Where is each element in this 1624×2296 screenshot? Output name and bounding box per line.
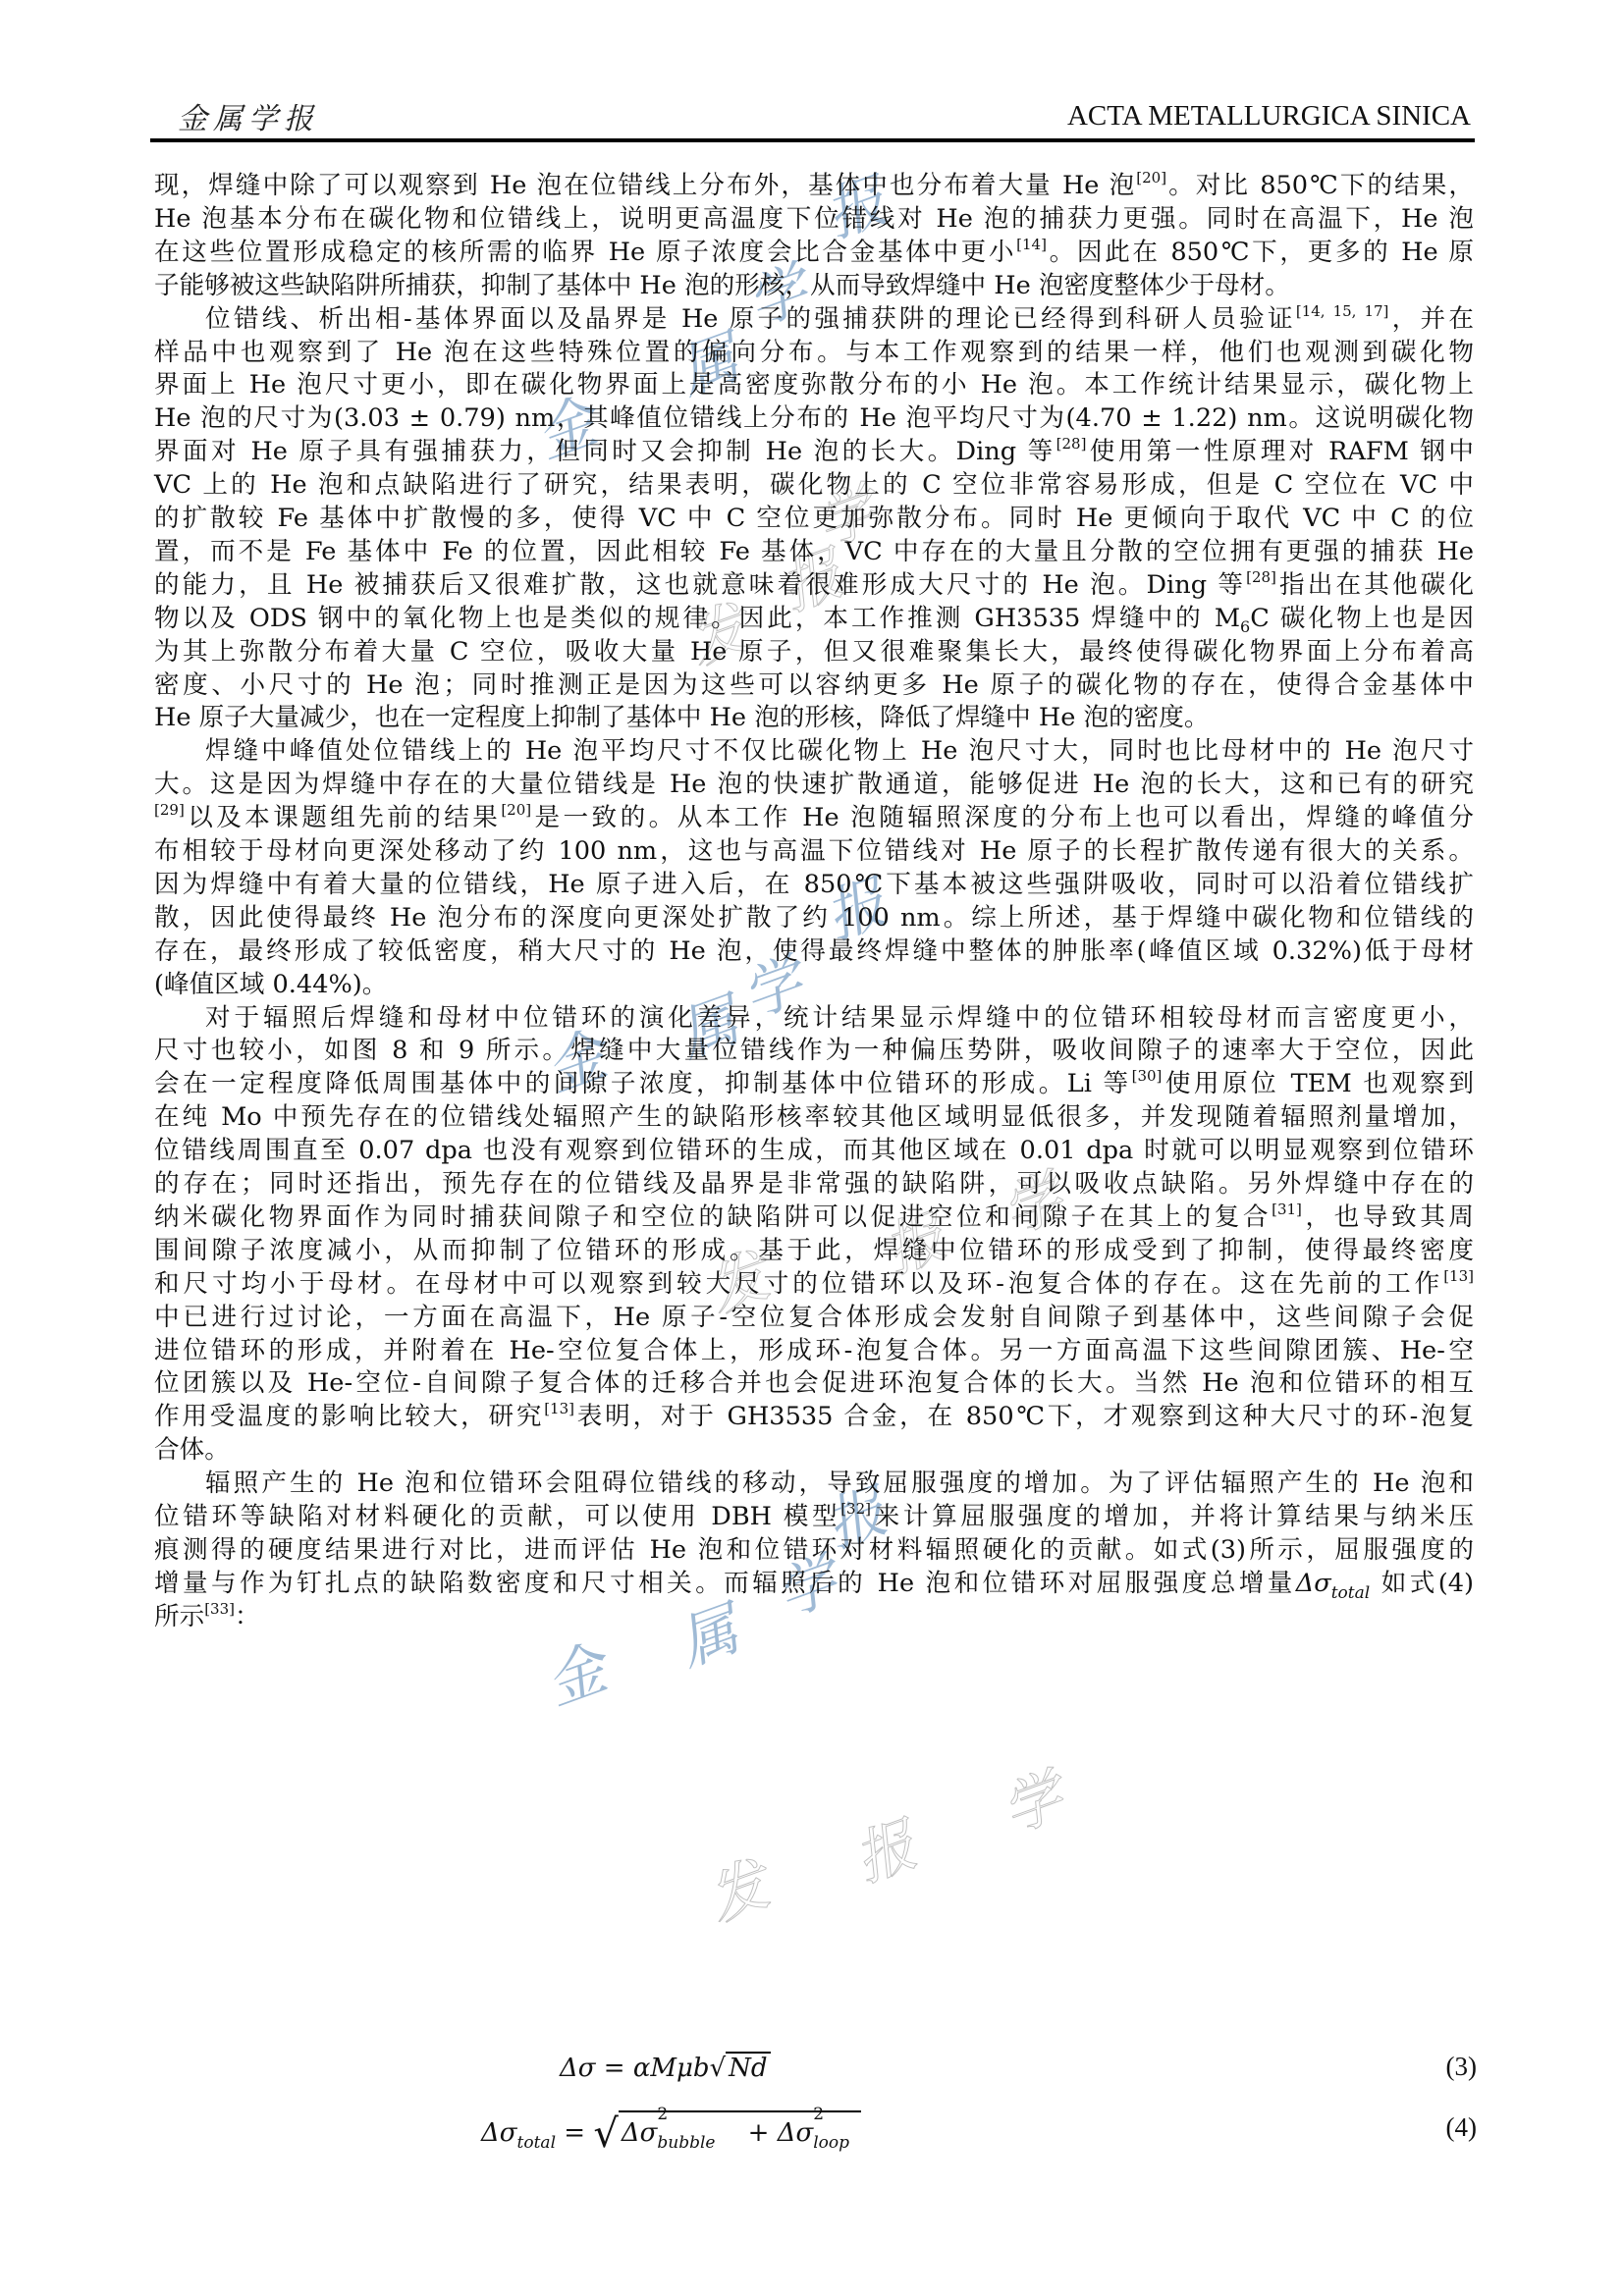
text-run: 是一致的。从本工作 He 泡随辐照深度的分布上也可以看出，焊缝的峰值分 — [531, 803, 1474, 832]
text-line: 在纯 Mo 中预先存在的位错线处辐照产生的缺陷形核率较其他区域明显低很多，并发现… — [154, 1100, 1474, 1134]
text-run: 指出在其他碳化 — [1276, 570, 1474, 600]
text-line: 存在，最终形成了较低密度，稍大尺寸的 He 泡，使得最终焊缝中整体的肿胀率(峰值… — [154, 934, 1474, 968]
text-run: 来计算屈服强度的增加，并将计算结果与纳米压 — [871, 1502, 1474, 1531]
text-run: ，并在 — [1388, 304, 1474, 334]
citation-ref: [31] — [1272, 1201, 1302, 1218]
text-line: 辐照产生的 He 泡和位错环会阻碍位错线的移动，导致屈服强度的增加。为了评估辐照… — [205, 1467, 1474, 1500]
text-line: 位错线周围直至 0.07 dpa 也没有观察到位错环的生成，而其他区域在 0.0… — [154, 1134, 1474, 1167]
text-line: He 泡基本分布在碳化物和位错线上，说明更高温度下位错线对 He 泡的捕获力更强… — [154, 202, 1474, 236]
text-run: 。对比 850℃下的结果， — [1166, 171, 1474, 200]
citation-ref: [20] — [501, 801, 531, 819]
text-run: 子能够被这些缺陷阱所捕获，抑制了基体中 He 泡的形核，从而导致焊缝中 He 泡… — [154, 271, 1290, 300]
text-line: 合体。 — [154, 1433, 1474, 1467]
text-run: C 碳化物上也是因 — [1250, 604, 1474, 633]
text-run: He 泡基本分布在碳化物和位错线上，说明更高温度下位错线对 He 泡的捕获力更强… — [154, 204, 1474, 234]
text-run: 物以及 ODS 钢中的氧化物上也是类似的规律。因此，本工作推测 GH3535 焊… — [154, 604, 1240, 633]
equation-number-4: (4) — [1446, 2112, 1477, 2143]
text-line: 会在一定程度降低周围基体中的间隙子浓度，抑制基体中位错环的形成。Li 等[30]… — [154, 1067, 1474, 1100]
text-run: He 泡的尺寸为(3.03 ± 0.79) nm，其峰值位错线上分布的 He 泡… — [154, 403, 1474, 433]
text-line: 现，焊缝中除了可以观察到 He 泡在位错线上分布外，基体中也分布着大量 He 泡… — [154, 169, 1474, 202]
text-run: 围间隙子浓度减小，从而抑制了位错环的形成。基于此，焊缝中位错环的形成受到了抑制，… — [154, 1236, 1474, 1265]
text-run: 位错环等缺陷对材料硬化的贡献，可以使用 DBH 模型 — [154, 1502, 840, 1531]
citation-ref: [33] — [204, 1600, 235, 1618]
text-run: 纳米碳化物界面作为同时捕获间隙子和空位的缺陷阱可以促进空位和间隙子在其上的复合 — [154, 1202, 1272, 1232]
text-run: 界面对 He 原子具有强捕获力，但同时又会抑制 He 泡的长大。Ding 等 — [154, 437, 1056, 466]
text-line: 的能力，且 He 被捕获后又很难扩散，这也就意味着很难形成大尺寸的 He 泡。D… — [154, 568, 1474, 602]
text-line: 在这些位置形成稳定的核所需的临界 He 原子浓度会比合金基体中更小[14]。因此… — [154, 236, 1474, 269]
text-line: 散，因此使得最终 He 泡分布的深度向更深处扩散了约 100 nm。综上所述，基… — [154, 901, 1474, 934]
eq4-term1-sub: bubble — [657, 2133, 715, 2153]
math-symbol: Δσ — [1296, 1569, 1331, 1598]
text-run: 样品中也观察到了 He 泡在这些特殊位置的偏向分布。与本工作观察到的结果一样，他… — [154, 338, 1474, 367]
eq4-equals: = — [564, 2118, 585, 2148]
citation-ref: [28] — [1056, 435, 1087, 453]
eq4-lhs: Δσ — [481, 2118, 517, 2148]
watermark-char: 报 — [841, 1798, 926, 1897]
text-run: 在这些位置形成稳定的核所需的临界 He 原子浓度会比合金基体中更小 — [154, 238, 1016, 267]
text-line: 因为焊缝中有着大量的位错线，He 原子进入后，在 850℃下基本被这些强阱吸收，… — [154, 868, 1474, 901]
text-line: 进位错环的形成，并附着在 He-空位复合体上，形成环-泡复合体。另一方面高温下这… — [154, 1334, 1474, 1367]
citation-ref: [32] — [840, 1500, 871, 1518]
text-run: 位错线周围直至 0.07 dpa 也没有观察到位错环的生成，而其他区域在 0.0… — [154, 1136, 1474, 1165]
eq4-term1-sup: 2 — [657, 2105, 668, 2124]
text-line: 样品中也观察到了 He 泡在这些特殊位置的偏向分布。与本工作观察到的结果一样，他… — [154, 336, 1474, 369]
text-line: 位团簇以及 He-空位-自间隙子复合体的迁移合并也会促进环泡复合体的长大。当然 … — [154, 1366, 1474, 1400]
text-line: 所示[33]： — [154, 1600, 1474, 1633]
journal-name-cn: 金属学报 — [178, 94, 319, 137]
text-line: (峰值区域 0.44%)。 — [154, 968, 1474, 1001]
text-run: 增量与作为钉扎点的缺陷数密度和尺寸相关。而辐照后的 He 泡和位错环对屈服强度总… — [154, 1569, 1296, 1598]
header-rule — [150, 138, 1475, 142]
text-line: 位错线、析出相-基体界面以及晶界是 He 原子的强捕获阱的理论已经得到科研人员验… — [205, 302, 1474, 336]
citation-ref: [13] — [544, 1400, 574, 1417]
text-line: 中已进行过讨论，一方面在高温下，He 原子-空位复合体形成会发射自间隙子到基体中… — [154, 1301, 1474, 1334]
watermark-char: 金 — [532, 1622, 617, 1721]
text-run: 在纯 Mo 中预先存在的位错线处辐照产生的缺陷形核率较其他区域明显低很多，并发现… — [154, 1102, 1474, 1132]
text-run: 辐照产生的 He 泡和位错环会阻碍位错线的移动，导致屈服强度的增加。为了评估辐照… — [205, 1468, 1474, 1498]
text-line: 尺寸也较小，如图 8 和 9 所示。焊缝中大量位错线作为一种偏压势阱，吸收间隙子… — [154, 1034, 1474, 1067]
text-line: 子能够被这些缺陷阱所捕获，抑制了基体中 He 泡的形核，从而导致焊缝中 He 泡… — [154, 269, 1474, 302]
citation-ref: [30] — [1132, 1067, 1163, 1085]
eq4-lhs-sub: total — [517, 2133, 556, 2153]
text-run: 痕测得的硬度结果进行对比，进而评估 He 泡和位错环对材料辐照硬化的贡献。如式(… — [154, 1535, 1474, 1565]
citation-ref: [13] — [1443, 1267, 1474, 1285]
equation-4: Δσtotal = √ Δσ2bubble + Δσ2loop — [481, 2110, 861, 2157]
text-run: 作用受温度的影响比较大，研究 — [154, 1402, 544, 1431]
text-run: 所示 — [154, 1602, 204, 1631]
text-run: ： — [235, 1602, 260, 1631]
text-run: 表明，对于 GH3535 合金，在 850℃下，才观察到这种大尺寸的环-泡复 — [574, 1402, 1474, 1431]
text-line: 置，而不是 Fe 基体中 Fe 的位置，因此相较 Fe 基体，VC 中存在的大量… — [154, 535, 1474, 568]
text-run: 的能力，且 He 被捕获后又很难扩散，这也就意味着很难形成大尺寸的 He 泡。D… — [154, 570, 1246, 600]
text-run: 密度、小尺寸的 He 泡；同时推测正是因为这些可以容纳更多 He 原子的碳化物的… — [154, 670, 1474, 700]
text-line: 大。这是因为焊缝中存在的大量位错线是 He 泡的快速扩散通道，能够促进 He 泡… — [154, 768, 1474, 801]
eq4-term1: Δσ — [622, 2118, 658, 2148]
text-line: 增量与作为钉扎点的缺陷数密度和尺寸相关。而辐照后的 He 泡和位错环对屈服强度总… — [154, 1567, 1474, 1600]
text-line: 界面对 He 原子具有强捕获力，但同时又会抑制 He 泡的长大。Ding 等[2… — [154, 435, 1474, 468]
text-line: VC 上的 He 泡和点缺陷进行了研究，结果表明，碳化物上的 C 空位非常容易形… — [154, 468, 1474, 502]
text-run: 散，因此使得最终 He 泡分布的深度向更深处扩散了约 100 nm。综上所述，基… — [154, 903, 1474, 933]
text-run: 焊缝中峰值处位错线上的 He 泡平均尺寸不仅比碳化物上 He 泡尺寸大，同时也比… — [205, 736, 1474, 766]
text-run: 合体。 — [154, 1435, 230, 1465]
eq4-plus: + — [748, 2118, 770, 2148]
eq3-rhs: = αMμb — [604, 2054, 710, 2083]
watermark-char: 学 — [989, 1749, 1073, 1848]
citation-ref: [29] — [154, 801, 185, 819]
text-run: VC 上的 He 泡和点缺陷进行了研究，结果表明，碳化物上的 C 空位非常容易形… — [154, 470, 1474, 500]
text-run: 以及本课题组先前的结果 — [185, 803, 502, 832]
equation-number-3: (3) — [1446, 2052, 1477, 2082]
text-line: 密度、小尺寸的 He 泡；同时推测正是因为这些可以容纳更多 He 原子的碳化物的… — [154, 668, 1474, 702]
eq4-term2-sub: loop — [813, 2133, 849, 2153]
citation-ref: [20] — [1136, 169, 1166, 187]
text-line: 布相较于母材向更深处移动了约 100 nm，这也与高温下位错线对 He 原子的长… — [154, 834, 1474, 868]
text-run: 置，而不是 Fe 基体中 Fe 的位置，因此相较 Fe 基体，VC 中存在的大量… — [154, 537, 1474, 566]
text-line: 焊缝中峰值处位错线上的 He 泡平均尺寸不仅比碳化物上 He 泡尺寸大，同时也比… — [205, 734, 1474, 768]
text-run: 和尺寸均小于母材。在母材中可以观察到较大尺寸的位错环以及环-泡复合体的存在。这在… — [154, 1269, 1443, 1299]
text-run: 为其上弥散分布着大量 C 空位，吸收大量 He 原子，但又很难聚集长大，最终使得… — [154, 637, 1474, 667]
text-line: 纳米碳化物界面作为同时捕获间隙子和空位的缺陷阱可以促进空位和间隙子在其上的复合[… — [154, 1201, 1474, 1234]
text-run: 位错线、析出相-基体界面以及晶界是 He 原子的强捕获阱的理论已经得到科研人员验… — [205, 304, 1296, 334]
citation-ref: [14, 15, 17] — [1296, 302, 1389, 320]
text-run: 进位错环的形成，并附着在 He-空位复合体上，形成环-泡复合体。另一方面高温下这… — [154, 1336, 1474, 1365]
text-run: 界面上 He 泡尺寸更小，即在碳化物界面上是高密度弥散分布的小 He 泡。本工作… — [154, 370, 1474, 400]
text-run: ，也导致其周 — [1302, 1202, 1474, 1232]
text-run: 使用第一性原理对 RAFM 钢中 — [1086, 437, 1474, 466]
text-run: (峰值区域 0.44%)。 — [154, 970, 387, 999]
text-line: 和尺寸均小于母材。在母材中可以观察到较大尺寸的位错环以及环-泡复合体的存在。这在… — [154, 1267, 1474, 1301]
text-run: 布相较于母材向更深处移动了约 100 nm，这也与高温下位错线对 He 原子的长… — [154, 836, 1474, 866]
citation-ref: [28] — [1246, 568, 1276, 586]
text-run: 会在一定程度降低周围基体中的间隙子浓度，抑制基体中位错环的形成。Li 等 — [154, 1069, 1132, 1098]
text-run: 的扩散较 Fe 基体中扩散慢的多，使得 VC 中 C 空位更加弥散分布。同时 H… — [154, 504, 1474, 533]
eq4-term2-sup: 2 — [813, 2105, 824, 2124]
text-run: 。因此在 850℃下，更多的 He 原 — [1047, 238, 1474, 267]
text-line: 的存在；同时还指出，预先存在的位错线及晶界是非常强的缺陷阱，可以吸收点缺陷。另外… — [154, 1167, 1474, 1201]
text-run: 对于辐照后焊缝和母材中位错环的演化差异，统计结果显示焊缝中的位错环相较母材而言密… — [205, 1003, 1474, 1033]
text-line: 物以及 ODS 钢中的氧化物上也是类似的规律。因此，本工作推测 GH3535 焊… — [154, 602, 1474, 635]
text-line: 围间隙子浓度减小，从而抑制了位错环的形成。基于此，焊缝中位错环的形成受到了抑制，… — [154, 1234, 1474, 1267]
text-run: 因为焊缝中有着大量的位错线，He 原子进入后，在 850℃下基本被这些强阱吸收，… — [154, 870, 1474, 899]
citation-ref: [14] — [1016, 236, 1047, 253]
text-run: He 原子大量减少，也在一定程度上抑制了基体中 He 泡的形核，降低了焊缝中 H… — [154, 703, 1209, 732]
text-line: He 原子大量减少，也在一定程度上抑制了基体中 He 泡的形核，降低了焊缝中 H… — [154, 701, 1474, 734]
eq3-lhs: Δσ — [560, 2054, 596, 2083]
journal-name-en: ACTA METALLURGICA SINICA — [1067, 100, 1471, 133]
eq4-term2: Δσ — [778, 2118, 814, 2148]
text-line: [29]以及本课题组先前的结果[20]是一致的。从本工作 He 泡随辐照深度的分… — [154, 801, 1474, 834]
text-run: 的存在；同时还指出，预先存在的位错线及晶界是非常强的缺陷阱，可以吸收点缺陷。另外… — [154, 1169, 1474, 1199]
text-line: 为其上弥散分布着大量 C 空位，吸收大量 He 原子，但又很难聚集长大，最终使得… — [154, 635, 1474, 668]
text-run: 位团簇以及 He-空位-自间隙子复合体的迁移合并也会促进环泡复合体的长大。当然 … — [154, 1368, 1474, 1398]
subscript: 6 — [1240, 617, 1250, 636]
text-run: 尺寸也较小，如图 8 和 9 所示。焊缝中大量位错线作为一种偏压势阱，吸收间隙子… — [154, 1036, 1474, 1065]
text-line: 痕测得的硬度结果进行对比，进而评估 He 泡和位错环对材料辐照硬化的贡献。如式(… — [154, 1533, 1474, 1567]
text-run: 如式(4) — [1370, 1569, 1474, 1598]
text-line: 位错环等缺陷对材料硬化的贡献，可以使用 DBH 模型[32]来计算屈服强度的增加… — [154, 1500, 1474, 1533]
text-line: 的扩散较 Fe 基体中扩散慢的多，使得 VC 中 C 空位更加弥散分布。同时 H… — [154, 502, 1474, 535]
text-run: 使用原位 TEM 也观察到 — [1162, 1069, 1474, 1098]
text-line: 作用受温度的影响比较大，研究[13]表明，对于 GH3535 合金，在 850℃… — [154, 1400, 1474, 1433]
text-line: 对于辐照后焊缝和母材中位错环的演化差异，统计结果显示焊缝中的位错环相较母材而言密… — [205, 1001, 1474, 1035]
text-run: 中已进行过讨论，一方面在高温下，He 原子-空位复合体形成会发射自间隙子到基体中… — [154, 1303, 1474, 1332]
equation-3: Δσ = αMμb√Nd — [560, 2052, 771, 2083]
text-line: He 泡的尺寸为(3.03 ± 0.79) nm，其峰值位错线上分布的 He 泡… — [154, 401, 1474, 435]
text-run: 现，焊缝中除了可以观察到 He 泡在位错线上分布外，基体中也分布着大量 He 泡 — [154, 171, 1136, 200]
text-line: 界面上 He 泡尺寸更小，即在碳化物界面上是高密度弥散分布的小 He 泡。本工作… — [154, 368, 1474, 401]
eq3-radicand: Nd — [729, 2054, 767, 2083]
running-header: 金属学报 ACTA METALLURGICA SINICA — [150, 90, 1475, 141]
text-run: 存在，最终形成了较低密度，稍大尺寸的 He 泡，使得最终焊缝中整体的肿胀率(峰值… — [154, 936, 1474, 966]
text-run: 大。这是因为焊缝中存在的大量位错线是 He 泡的快速扩散通道，能够促进 He 泡… — [154, 770, 1474, 799]
watermark-char: 发 — [694, 1838, 779, 1937]
